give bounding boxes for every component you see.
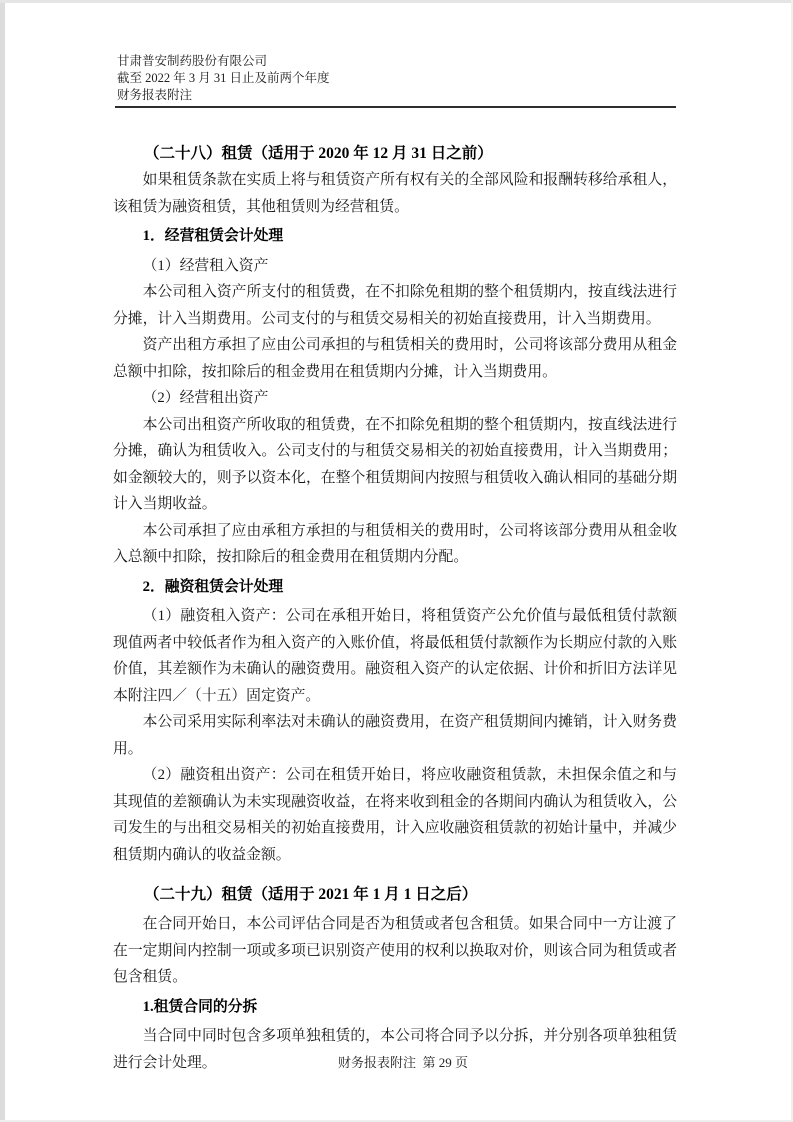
page-edge-left <box>0 0 5 1122</box>
doc-footer: 财务报表附注 第 29 页 <box>0 1036 793 1087</box>
paragraph-operating-leased-out-1: 本公司出租资产所收取的租赁费，在不扣除免租期的整个租赁期内，按直线法进行分摊，确… <box>113 412 677 518</box>
paragraph-lease-definition: 如果租赁条款在实质上将与租赁资产所有权有关的全部风险和报酬转移给承租人，该租赁为… <box>113 167 677 220</box>
doc-header: 甘肃普安制药股份有限公司 截至 2022 年 3 月 31 日止及前两个年度 财… <box>117 53 330 104</box>
footer-page-number: 财务报表附注 第 29 页 <box>338 1055 468 1070</box>
paragraph-finance-leased-in-2: 本公司采用实际利率法对未确认的融资费用，在资产租赁期间内摊销，计入财务费用。 <box>113 709 677 762</box>
header-rule <box>115 106 676 108</box>
paragraph-finance-leased-in-1: （1）融资租入资产：公司在承租开始日，将租赁资产公允价值与最低租赁付款额现值两者… <box>113 603 677 709</box>
paragraph-operating-leased-in-title: （1）经营租入资产 <box>113 253 677 280</box>
paragraph-finance-leased-out: （2）融资租出资产：公司在租赁开始日，将应收融资租赁款，未担保余值之和与其现值的… <box>113 762 677 868</box>
page-edge-top <box>0 0 793 3</box>
paragraph-operating-leased-in-2: 资产出租方承担了应由公司承担的与租赁相关的费用时，公司将该部分费用从租金总额中扣… <box>113 332 677 385</box>
paragraph-operating-leased-out-title: （2）经营租出资产 <box>113 385 677 412</box>
header-company-name: 甘肃普安制药股份有限公司 <box>117 53 330 70</box>
document-page: 甘肃普安制药股份有限公司 截至 2022 年 3 月 31 日止及前两个年度 财… <box>0 0 793 1122</box>
subheading-finance-lease-accounting: 2．融资租赁会计处理 <box>113 574 677 601</box>
subheading-lease-contract-split: 1.租赁合同的分拆 <box>113 994 677 1021</box>
subheading-operating-lease-accounting: 1．经营租赁会计处理 <box>113 223 677 250</box>
section-28-heading: （二十八）租赁（适用于 2020 年 12 月 31 日之前） <box>113 140 677 167</box>
header-period-line: 截至 2022 年 3 月 31 日止及前两个年度 <box>117 70 330 87</box>
paragraph-lease-assessment: 在合同开始日，本公司评估合同是否为租赁或者包含租赁。如果合同中一方让渡了在一定期… <box>113 911 677 991</box>
header-doc-title: 财务报表附注 <box>117 87 330 104</box>
paragraph-operating-leased-in-1: 本公司租入资产所支付的租赁费，在不扣除免租期的整个租赁期内，按直线法进行分摊，计… <box>113 279 677 332</box>
paragraph-operating-leased-out-2: 本公司承担了应由承租方承担的与租赁相关的费用时，公司将该部分费用从租金收入总额中… <box>113 518 677 571</box>
section-29-heading: （二十九）租赁（适用于 2021 年 1 月 1 日之后） <box>113 881 677 908</box>
doc-body: （二十八）租赁（适用于 2020 年 12 月 31 日之前） 如果租赁条款在实… <box>113 135 677 1076</box>
